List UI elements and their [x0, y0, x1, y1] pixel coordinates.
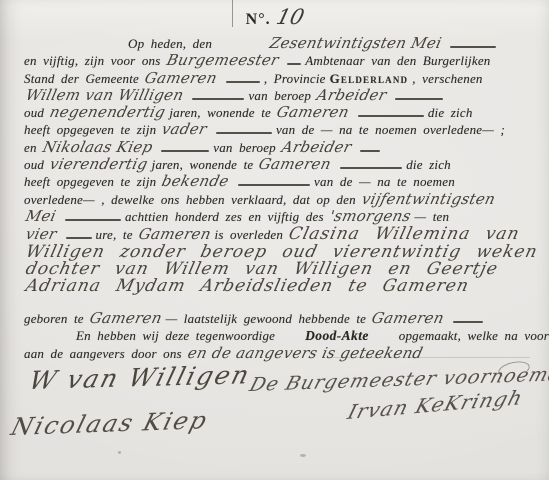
- printed-text: oud: [24, 157, 44, 173]
- act-number: N°.10: [0, 5, 549, 29]
- printed-text: , verschenen: [412, 71, 482, 87]
- printed-text: opgemaakt, welke na voorlezing: [373, 328, 549, 344]
- printed-text: is overleden: [215, 227, 284, 243]
- handwritten-dash: [216, 132, 272, 134]
- handwritten-dash: [360, 150, 380, 152]
- printed-text: achttien honderd zes en vijftig des: [125, 209, 324, 225]
- document-line: dochter van Willem van Willigen en Geert…: [24, 259, 529, 276]
- printed-text: van de — na te noemen: [314, 174, 455, 190]
- printed-text: oud: [24, 105, 44, 121]
- printed-text: , Provincie: [264, 71, 326, 87]
- document-line: enNikolaas Kiepvan beroepArbeider: [24, 138, 529, 155]
- printed-smallcaps-text: Gelderland: [330, 71, 409, 87]
- handwritten-dash: [395, 98, 443, 100]
- handwritten-text: Gameren: [370, 309, 446, 327]
- handwritten-text: Nikolaas Kiep: [41, 138, 155, 156]
- printed-text: ure, te: [96, 227, 133, 243]
- handwritten-text: Gameren: [137, 225, 213, 243]
- baseline-rule: [330, 357, 530, 358]
- death-certificate-scan: N°.10 Op heden, denZesentwintigsten Meia…: [0, 0, 549, 480]
- printed-text: En hebben wij deze tegenwoordige: [50, 328, 275, 344]
- document-line: Willem van Willigenvan beroepArbeider: [24, 86, 529, 103]
- handwritten-text: Gameren: [257, 155, 333, 173]
- paper-speck: [300, 454, 306, 457]
- handwritten-dash: [340, 167, 402, 169]
- document-line: overledene— , dewelke ons hebben verklaa…: [24, 190, 529, 207]
- document-line: Op heden, denZesentwintigsten Meiachttie…: [24, 34, 529, 51]
- act-number-label: N°.: [246, 11, 271, 28]
- printed-text: — ten: [415, 209, 450, 225]
- document-line: geboren teGameren— laatstelijk gewoond h…: [24, 309, 529, 326]
- printed-text: die zich: [406, 157, 451, 173]
- document-line: Willigen zonder beroep oud vierentwintig…: [24, 242, 529, 259]
- handwritten-text: vijfentwintigsten: [360, 190, 497, 208]
- handwritten-text: Zesentwintigsten Mei: [216, 34, 444, 52]
- printed-text: achttien honderd zes: [500, 36, 549, 52]
- handwritten-text: Adriana Mydam Arbeidslieden te Gameren: [24, 276, 471, 296]
- document-line: Stand der GemeenteGameren, ProvincieGeld…: [24, 69, 529, 86]
- printed-text: van beroep: [213, 140, 276, 156]
- handwritten-dash: [192, 98, 244, 100]
- handwritten-text: Gameren: [143, 69, 219, 87]
- printed-text: en: [24, 140, 37, 156]
- handwritten-dash: [238, 184, 310, 186]
- handwritten-text: Gameren: [88, 309, 164, 327]
- signature-willem-van-willigen: W van Willigen: [26, 360, 254, 395]
- handwritten-text: en de aangevers is geteekend: [186, 344, 425, 362]
- handwritten-dash: [358, 115, 424, 117]
- printed-text: heeft opgegeven te zijn: [24, 174, 156, 190]
- handwritten-text: vierendertig: [48, 155, 150, 173]
- handwritten-dash: [66, 237, 92, 239]
- handwritten-text: Gameren: [275, 103, 351, 121]
- printed-text: overledene— , dewelke ons hebben verklaa…: [24, 192, 356, 208]
- handwritten-text: 'smorgens: [328, 207, 413, 225]
- document-line: heeft opgegeven te zijnbekendevan de — n…: [24, 172, 529, 189]
- handwritten-dash: [161, 150, 209, 152]
- document-line: aan de aangevers door onsen de aangevers…: [24, 344, 529, 361]
- document-line: heeft opgegeven te zijnvadervan de — na …: [24, 120, 529, 137]
- printed-text: jaren, wonende te: [152, 157, 254, 173]
- handwritten-dash: [450, 46, 496, 48]
- handwritten-dash: [226, 81, 260, 83]
- printed-text: Ambtenaar van den Burgerlijken: [305, 53, 490, 69]
- printed-text: van beroep: [248, 88, 311, 104]
- printed-text: die zich: [428, 105, 473, 121]
- handwritten-text: Arbeider: [280, 138, 353, 156]
- document-line: Adriana Mydam Arbeidslieden te Gameren: [24, 276, 529, 293]
- handwritten-text: vader: [160, 120, 209, 138]
- document-line: oudvierendertigjaren, wonende teGamerend…: [24, 155, 529, 172]
- handwritten-text: Willem van Willigen: [24, 86, 186, 104]
- handwritten-text: bekende: [160, 172, 231, 190]
- paper-speck: [118, 451, 121, 454]
- signature-nicolaas-kiep: Nicolaas Kiep: [8, 406, 212, 441]
- printed-text: Stand der Gemeente: [24, 71, 139, 87]
- document-line: en vijftig, zijn voor onsBurgemeesterAmb…: [24, 51, 529, 68]
- document-line: Meiachttien honderd zes en vijftig des's…: [24, 207, 529, 224]
- document-line: oudnegenendertigjaren, wonende teGameren…: [24, 103, 529, 120]
- printed-text: en vijftig, zijn voor ons: [24, 53, 161, 69]
- handwritten-text: vier: [24, 225, 59, 243]
- printed-text: jaren, wonende te: [169, 105, 271, 121]
- handwritten-text: Arbeider: [315, 86, 388, 104]
- handwritten-dash: [65, 219, 121, 221]
- handwritten-text: Burgemeester: [164, 51, 280, 69]
- printed-bold-text: Dood-Akte: [279, 328, 369, 344]
- printed-text: — laatstelijk gewoond hebbende te: [166, 311, 367, 327]
- printed-text: van de — na te noemen overledene— ;: [276, 122, 505, 138]
- document-line: En hebben wij deze tegenwoordigeDood-Akt…: [24, 327, 529, 344]
- printed-text: heeft opgegeven te zijn: [24, 122, 156, 138]
- handwritten-text: negenendertig: [48, 103, 167, 121]
- handwritten-text: Mei: [24, 207, 58, 225]
- document-line: vierure, teGamerenis overledenClasina Wi…: [24, 224, 529, 241]
- printed-text: aan de aangevers door ons: [24, 346, 182, 362]
- document-body: Op heden, denZesentwintigsten Meiachttie…: [24, 34, 529, 361]
- handwritten-dash: [453, 321, 483, 323]
- handwritten-dash: [287, 63, 301, 65]
- act-number-value-handwritten: 10: [274, 5, 307, 29]
- printed-text: geboren te: [24, 311, 84, 327]
- printed-text: Op heden, den: [76, 36, 212, 52]
